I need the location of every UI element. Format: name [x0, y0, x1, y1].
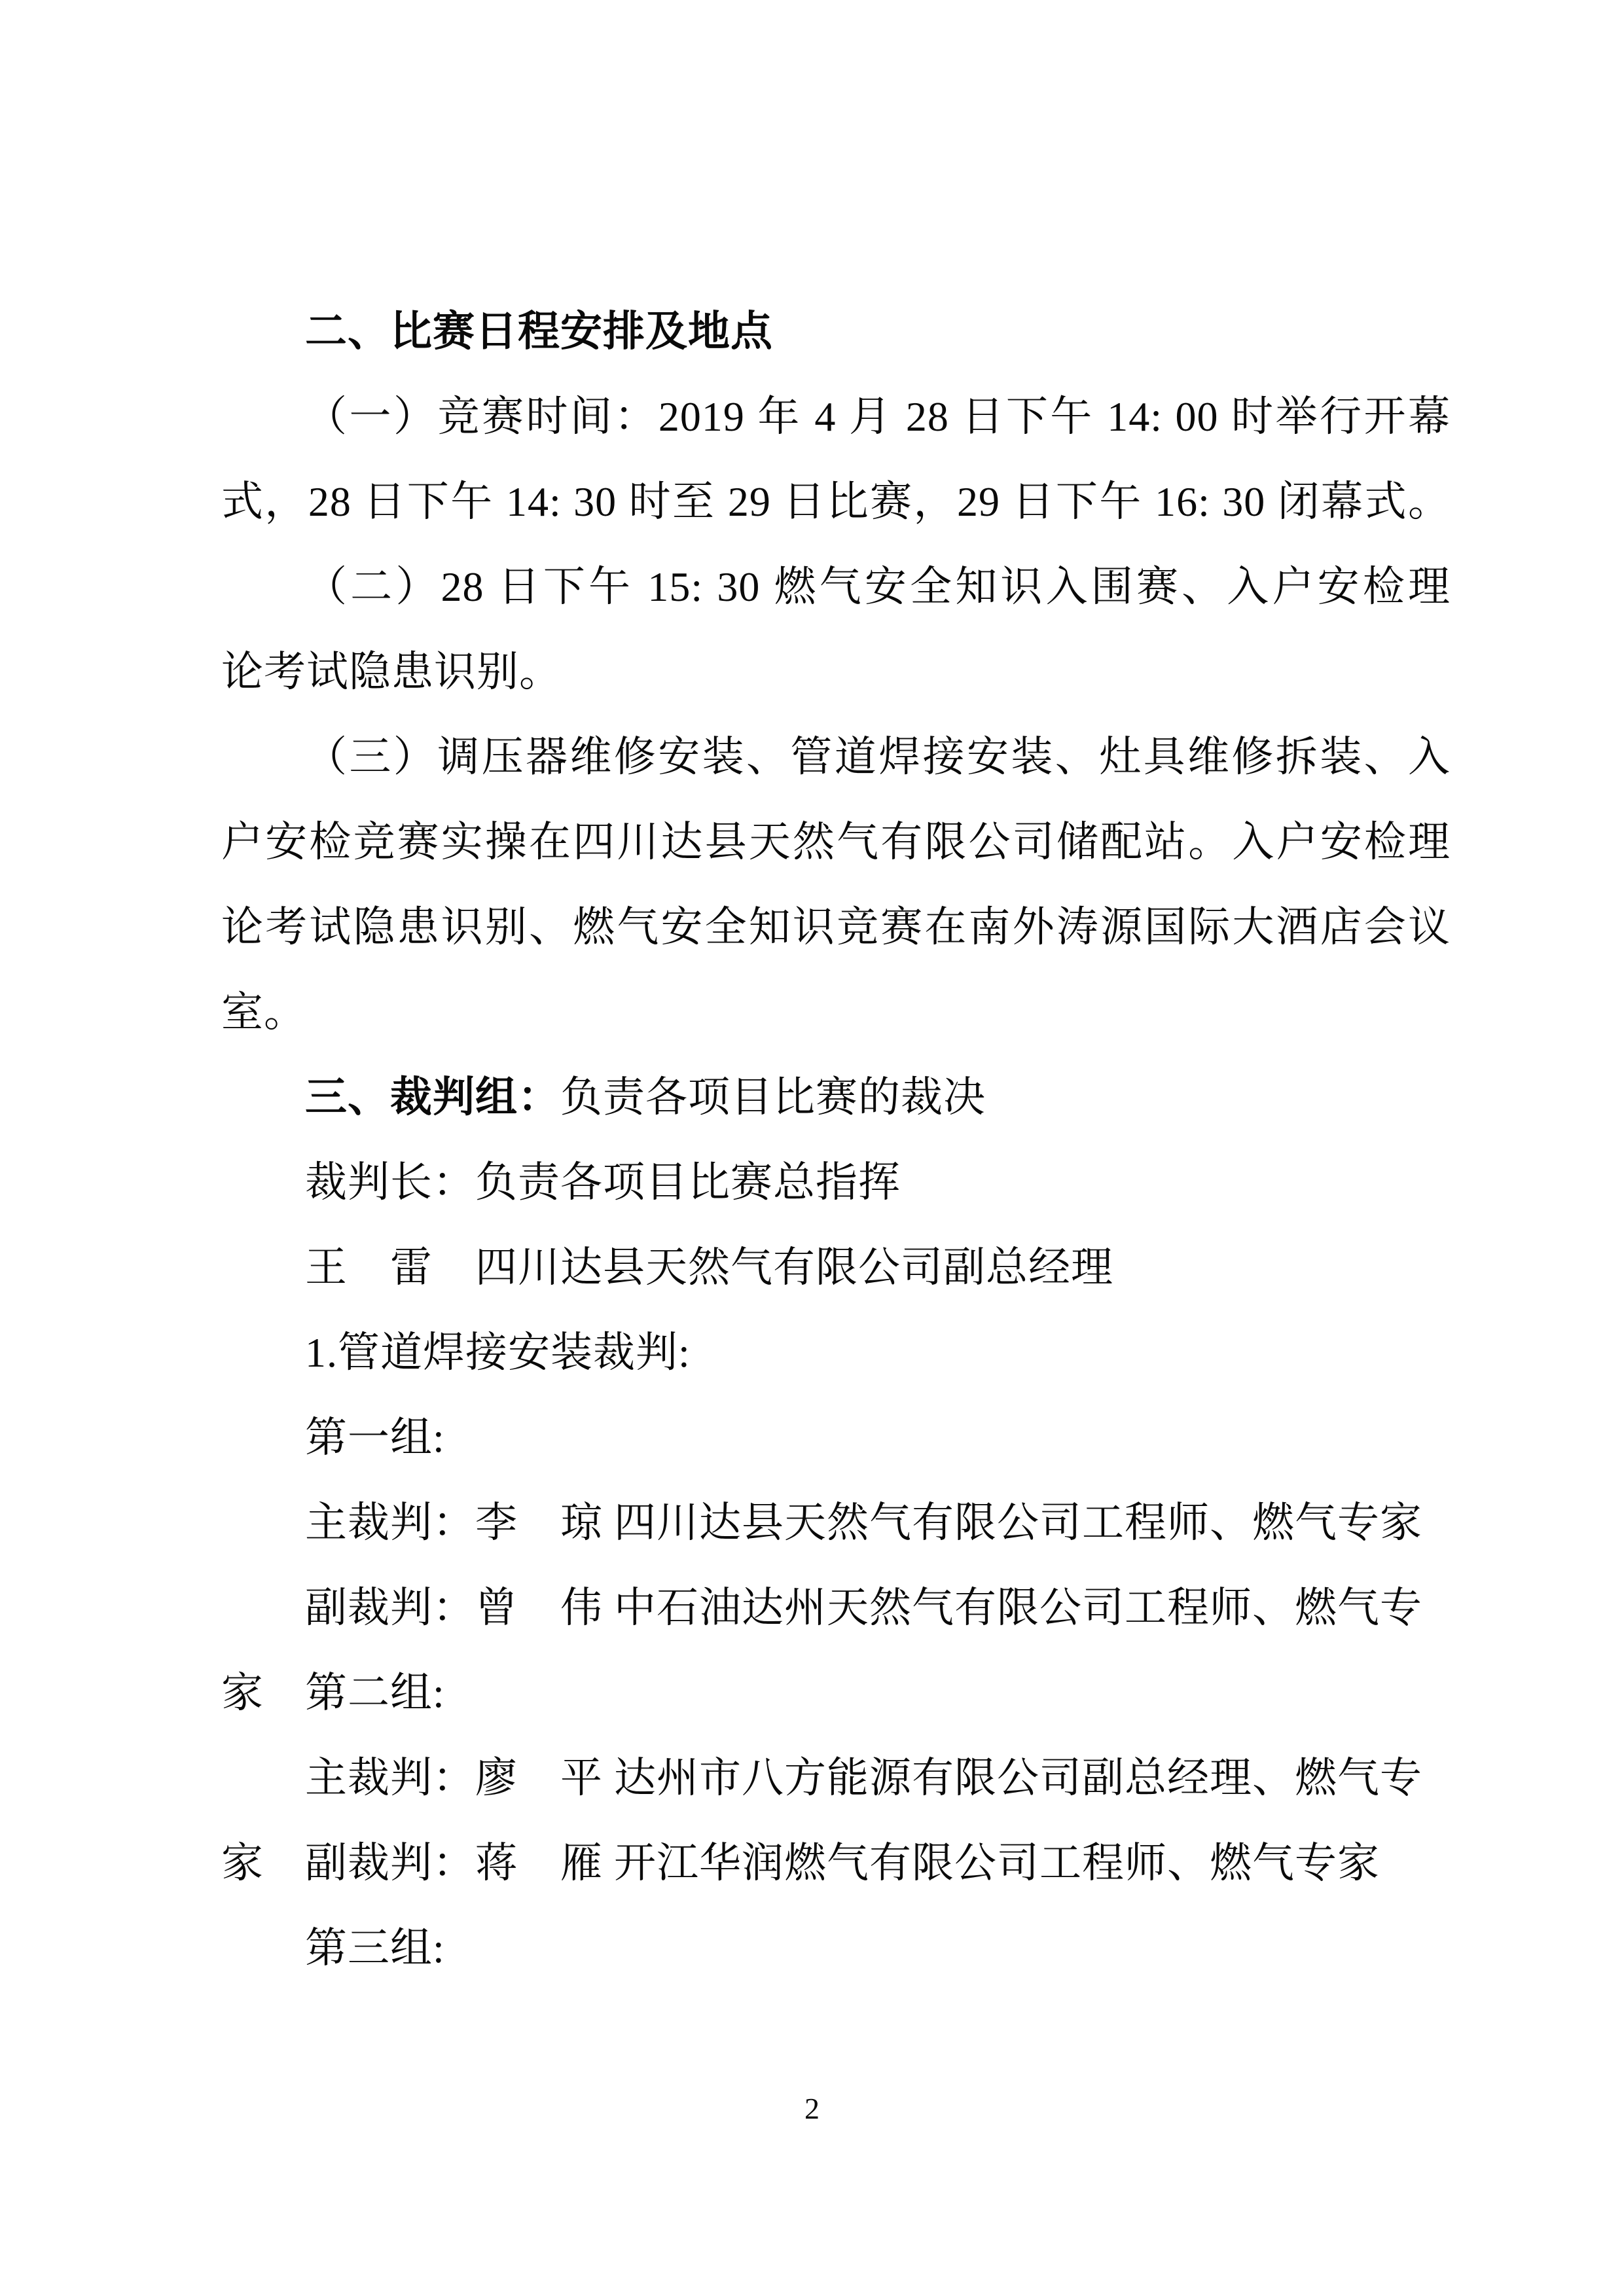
line-group-3-label: 第三组: — [221, 1906, 1451, 1991]
heading-referee-group: 三、裁判组：负责各项目比赛的裁决 — [221, 1055, 1451, 1140]
page-number: 2 — [0, 2092, 1624, 2126]
line-group-1-label: 第一组: — [221, 1395, 1451, 1480]
line-group1-deputy-referee: 副裁判：曾 伟 中石油达州天然气有限公司工程师、燃气专家 — [221, 1566, 1451, 1651]
line-item3-venues-4: 室。 — [221, 970, 1451, 1055]
line-item3-venues-1: （三）调压器维修安装、管道焊接安装、灶具维修拆装、入 — [221, 715, 1451, 800]
line-item3-venues-2: 户安检竞赛实操在四川达县天然气有限公司储配站。入户安检理 — [221, 800, 1451, 885]
referee-group-label: 三、裁判组： — [305, 1074, 560, 1121]
line-referee-wang-lei: 王 雷 四川达县天然气有限公司副总经理 — [221, 1225, 1451, 1310]
line-group2-deputy-referee: 副裁判：蒋 雁 开江华润燃气有限公司工程师、燃气专家 — [221, 1821, 1451, 1906]
heading-schedule-location: 二、比赛日程安排及地点 — [221, 289, 1451, 374]
line-chief-referee-role: 裁判长：负责各项目比赛总指挥 — [221, 1140, 1451, 1225]
line-competition-time-2: 式，28 日下午 14: 30 时至 29 日比赛，29 日下午 16: 30 … — [221, 459, 1451, 545]
line-group2-chief-referee: 主裁判：廖 平 达州市八方能源有限公司副总经理、燃气专家 — [221, 1736, 1451, 1821]
line-group-2-label: 第二组: — [221, 1651, 1451, 1736]
line-item2-qualifier-1: （二）28 日下午 15: 30 燃气安全知识入围赛、入户安检理 — [221, 545, 1451, 630]
line-item2-qualifier-2: 论考试隐患识别。 — [221, 630, 1451, 715]
line-group1-chief-referee: 主裁判：李 琼 四川达县天然气有限公司工程师、燃气专家 — [221, 1480, 1451, 1566]
document-text-block: 二、比赛日程安排及地点 （一）竞赛时间：2019 年 4 月 28 日下午 14… — [221, 289, 1451, 1991]
line-item3-venues-3: 论考试隐患识别、燃气安全知识竞赛在南外涛源国际大酒店会议 — [221, 885, 1451, 970]
line-competition-time-1: （一）竞赛时间：2019 年 4 月 28 日下午 14: 00 时举行开幕 — [221, 374, 1451, 459]
line-pipeline-welding-referees: 1.管道焊接安装裁判: — [221, 1310, 1451, 1395]
referee-group-desc: 负责各项目比赛的裁决 — [560, 1074, 986, 1121]
document-page: 二、比赛日程安排及地点 （一）竞赛时间：2019 年 4 月 28 日下午 14… — [0, 0, 1624, 2296]
